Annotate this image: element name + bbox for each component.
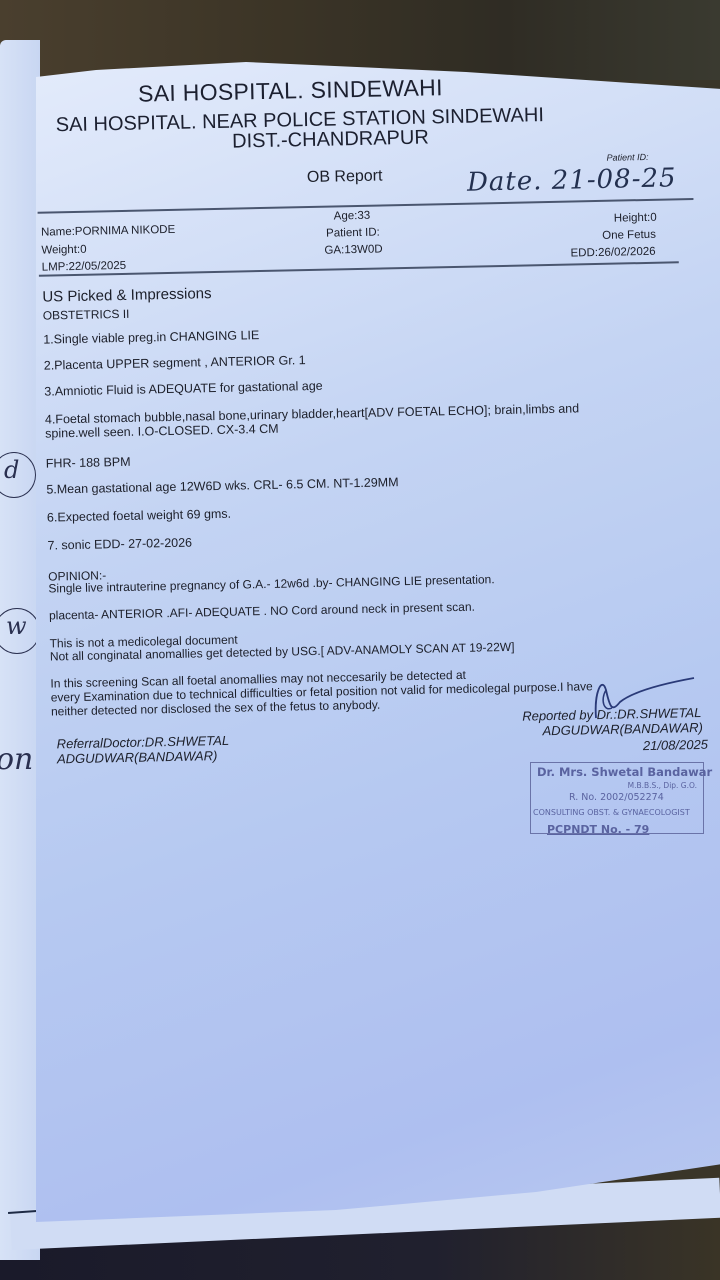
reported-by-line-2: ADGUDWAR(BANDAWAR) [542, 720, 703, 738]
impression-item-2: 2.Placenta UPPER segment , ANTERIOR Gr. … [44, 353, 306, 372]
patient-edd: EDD:26/02/2026 [570, 246, 655, 260]
impression-item-4: 4.Foetal stomach bubble,nasal bone,urina… [45, 401, 579, 426]
doctor-signature-icon [590, 672, 700, 722]
fhr-value: FHR- 188 BPM [46, 455, 131, 471]
patient-id-header-label: Patient ID: [606, 152, 648, 163]
impression-item-5: 5.Mean gastational age 12W6D wks. CRL- 6… [46, 475, 398, 496]
doctor-stamp: Dr. Mrs. Shwetal Bandawar M.B.B.S., Dip.… [530, 762, 704, 834]
report-title: OB Report [307, 167, 383, 187]
patient-ga: GA:13W0D [324, 243, 382, 256]
impressions-subheading: OBSTETRICS II [43, 307, 130, 323]
stamp-doctor-name: Dr. Mrs. Shwetal Bandawar [537, 765, 712, 779]
impression-item-3: 3.Amniotic Fluid is ADEQUATE for gastati… [44, 379, 323, 399]
handwritten-date: Date. 21-08-25 [467, 163, 677, 197]
impression-item-1: 1.Single viable preg.in CHANGING LIE [43, 328, 259, 347]
patient-height: Height:0 [614, 212, 657, 225]
hospital-name: SAI HOSPITAL. SINDEWAHI [138, 74, 443, 107]
report-date: 21/08/2025 [643, 737, 708, 753]
patient-id: Patient ID: [326, 227, 380, 240]
stamp-reg-no: R. No. 2002/052274 [569, 792, 664, 803]
referral-doctor-line-2: ADGUDWAR(BANDAWAR) [57, 748, 218, 766]
patient-weight: Weight:0 [41, 244, 86, 257]
divider-bottom [39, 261, 679, 276]
opinion-line-1: Single live intrauterine pregnancy of G.… [48, 572, 494, 595]
stamp-title: CONSULTING OBST. & GYNAECOLOGIST [533, 808, 690, 817]
impressions-heading: US Picked & Impressions [42, 285, 212, 306]
ob-report-document: SAI HOSPITAL. SINDEWAHI SAI HOSPITAL. NE… [0, 0, 720, 1280]
patient-lmp: LMP:22/05/2025 [42, 260, 127, 274]
opinion-line-2: placenta- ANTERIOR .AFI- ADEQUATE . NO C… [49, 600, 475, 623]
impression-item-7: 7. sonic EDD- 27-02-2026 [47, 536, 192, 553]
stamp-pcpndt: PCPNDT No. - 79 [547, 823, 649, 836]
fetus-count: One Fetus [602, 229, 656, 242]
patient-age: Age:33 [334, 210, 371, 223]
impression-item-6: 6.Expected foetal weight 69 gms. [47, 507, 231, 525]
hospital-district: DIST.-CHANDRAPUR [232, 126, 429, 153]
stamp-degree: M.B.B.S., Dip. G.O. [628, 781, 697, 790]
patient-name: Name:PORNIMA NIKODE [41, 224, 175, 239]
